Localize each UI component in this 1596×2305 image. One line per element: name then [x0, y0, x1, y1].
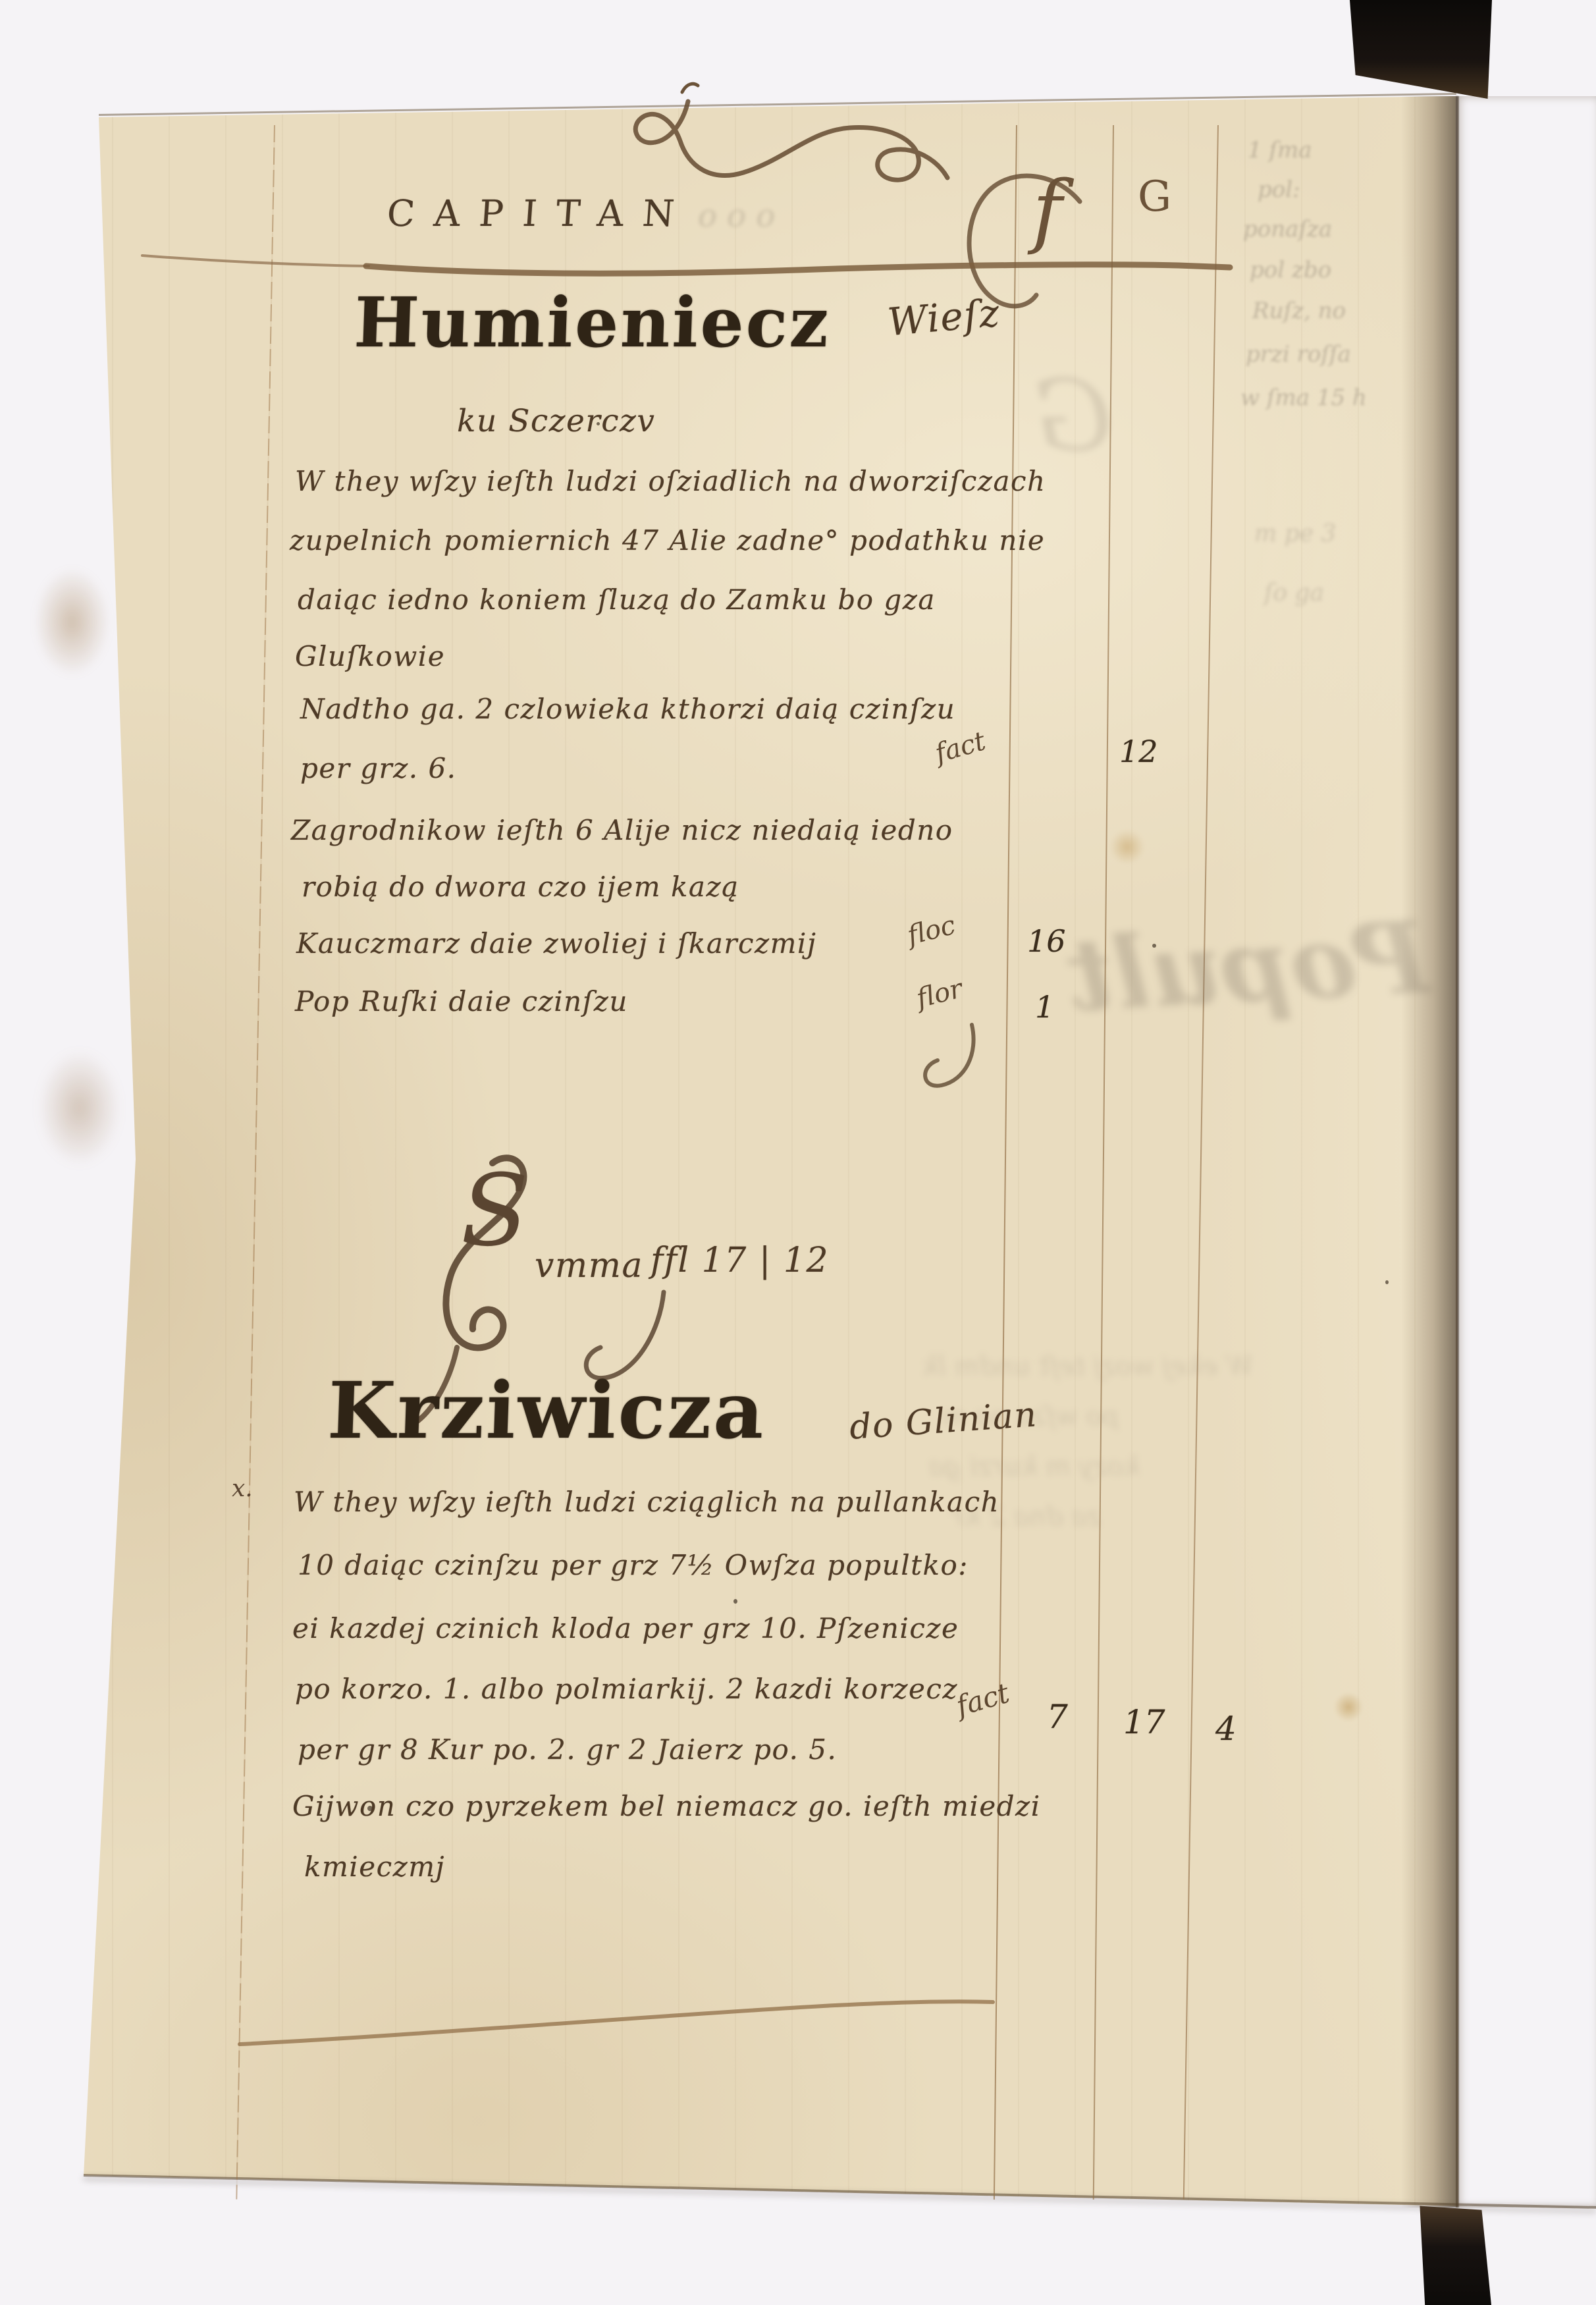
section2-title: Krziwicza — [327, 1365, 768, 1456]
body-line: ei kazdej czinich kloda per grz 10. Pſze… — [292, 1612, 959, 1644]
note-line: kmieczmj — [304, 1851, 445, 1883]
closing-rule — [240, 2001, 993, 2044]
header-rule-thin — [142, 256, 369, 266]
florins-value: 16 — [1027, 923, 1066, 959]
entry-line: Pop Ruſki daie czinſzu — [295, 985, 628, 1017]
body-line: W they wſzy ieſth ludzi oſziadlich na dw… — [295, 465, 1046, 497]
body-line: 10 daiąc czinſzu per grz 7½ Owſza popult… — [298, 1549, 969, 1581]
body-line: per gr 8 Kur po. 2. gr 2 Jaierz po. 5. — [298, 1733, 837, 1766]
grosze-value: 17 — [1123, 1703, 1165, 1741]
flor-tail — [925, 1025, 973, 1086]
f-swash-icon — [969, 176, 1080, 306]
section1-subtitle: ku Sczerczv — [457, 403, 655, 439]
page-header-title: CAPITAN — [386, 192, 695, 234]
denars-value: 4 — [1215, 1710, 1237, 1748]
summa-initial: S — [461, 1154, 529, 1268]
florins-value: 7 — [1047, 1698, 1068, 1736]
top-flourish-icon — [682, 84, 698, 92]
body-line: daiąc iedno koniem ſluzą do Zamku bo gza — [298, 583, 936, 616]
header-rule-thick — [366, 265, 1230, 273]
section1-title: Humieniecz — [353, 282, 832, 363]
body-line: W they wſzy ieſth ludzi cziąglich na pul… — [294, 1486, 999, 1518]
body-line: po korzo. 1. albo polmiarkij. 2 kazdi ko… — [295, 1673, 958, 1705]
entry-line: per grz. 6. — [300, 752, 457, 784]
grosze-value: 12 — [1119, 734, 1158, 769]
margin-mark: x. — [232, 1475, 253, 1502]
entry-line: robią do dwora czo ijem kazą — [302, 871, 739, 903]
entry-line: Zagrodnikow ieſth 6 Alije nicz niedaią i… — [291, 814, 953, 846]
body-line: zupelnich pomiernich 47 Alie zadne° poda… — [290, 524, 1045, 556]
column-header-grosze: G — [1138, 173, 1171, 221]
note-line: Gijwon czo pyrzekem bel niemacz go. ieſt… — [292, 1790, 1041, 1822]
summa-value: ffl 17 | 12 — [651, 1241, 829, 1280]
entry-line: Nadtho ga. 2 czlowieka kthorzi daią czin… — [300, 693, 955, 725]
summa-word: vmma — [535, 1246, 643, 1286]
top-flourish-icon — [635, 101, 947, 180]
book-scan: o o o G 1 ſma pol: ponaſza pol zbo Ruſz,… — [0, 0, 1596, 2305]
column-header-florins: f — [1032, 163, 1062, 257]
entry-line: Kauczmarz daie zwoliej i ſkarczmij — [296, 927, 816, 960]
body-line: Gluſkowie — [295, 640, 445, 672]
florins-value: 1 — [1035, 989, 1054, 1025]
